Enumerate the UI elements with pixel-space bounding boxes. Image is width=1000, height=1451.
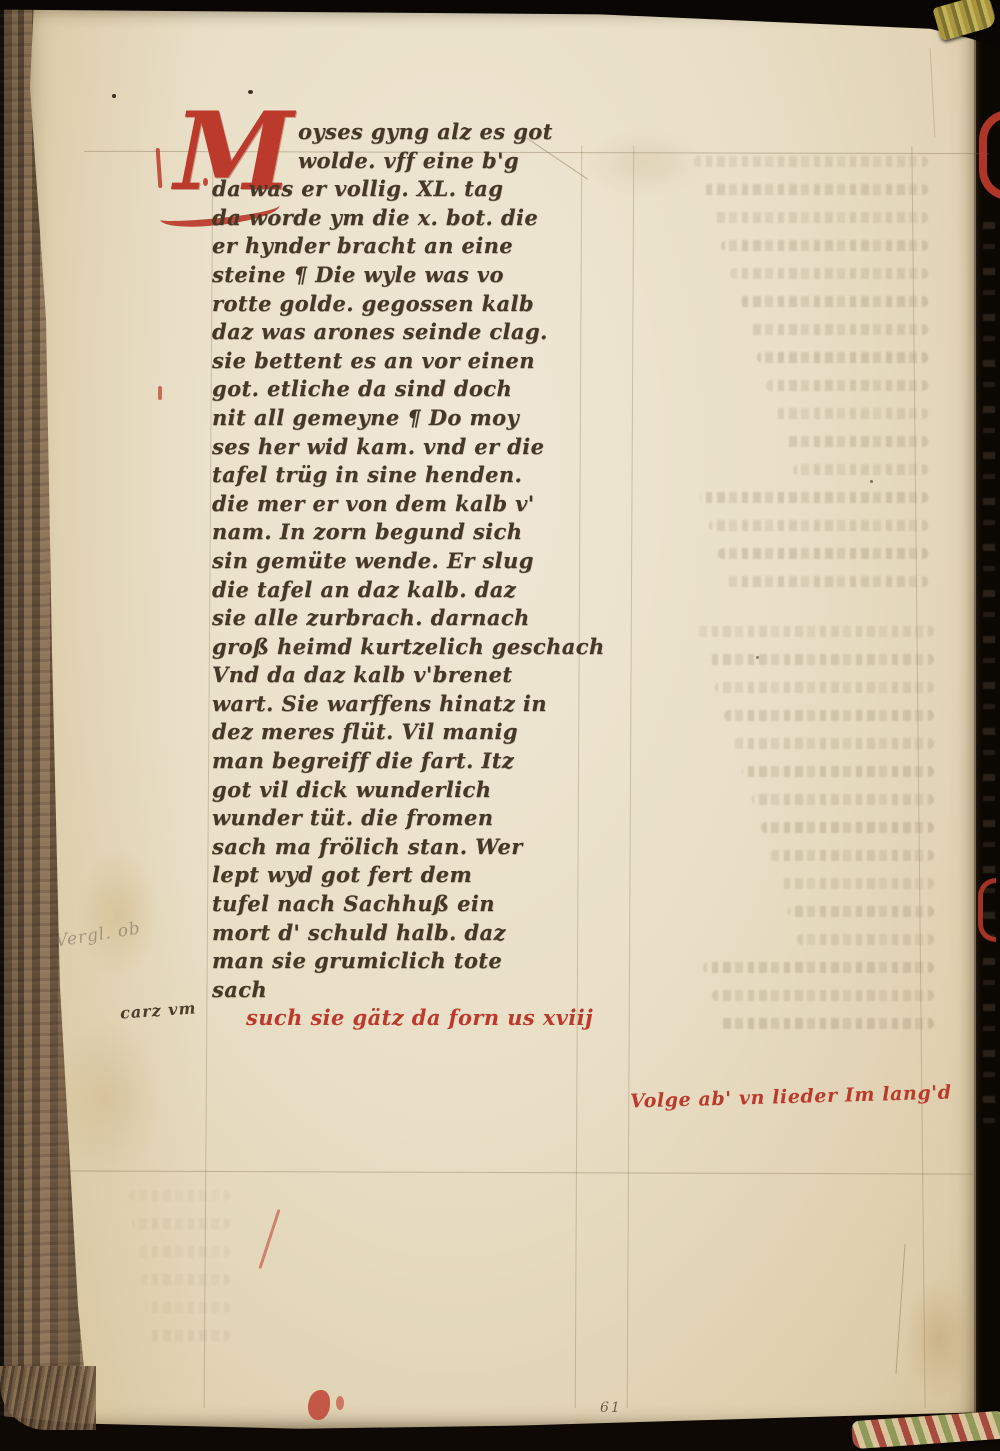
- manuscript-line: nam. In zorn begund sich: [212, 518, 592, 547]
- next-page-red-fragment: [978, 878, 996, 942]
- manuscript-line: tufel nach Sachhuß ein: [212, 890, 592, 919]
- show-through-line: [715, 682, 934, 693]
- show-through-line: [718, 548, 928, 559]
- show-through-line: [788, 906, 934, 917]
- manuscript-line: wunder tüt. die fromen: [212, 804, 592, 833]
- show-through-line: [700, 492, 928, 503]
- manuscript-line: die mer er von dem kalb v': [212, 490, 592, 519]
- manuscript-line: man begreiff die fart. Itz: [212, 747, 592, 776]
- show-through-line: [136, 1246, 230, 1257]
- show-through-line: [739, 296, 928, 307]
- manuscript-line: sin gemüte wende. Er slug: [212, 547, 592, 576]
- manuscript-line: mort d' schuld halb. daz: [212, 919, 592, 948]
- manuscript-line: groß heimd kurtzelich geschach: [212, 633, 592, 662]
- show-through-line: [766, 380, 928, 391]
- show-through-line: [694, 156, 928, 167]
- manuscript-line: got. etliche da sind doch: [212, 375, 592, 404]
- manuscript-line: man sie grumiclich tote: [212, 947, 592, 976]
- show-through-line: [793, 464, 928, 475]
- show-through-line: [129, 1190, 230, 1201]
- manuscript-page: M oyses gyng alz es gotwolde. vff eine b…: [24, 8, 976, 1436]
- show-through-line: [721, 240, 928, 251]
- show-through-line: [779, 878, 934, 889]
- show-through-block-faint: [100, 1190, 230, 1358]
- show-through-line: [730, 268, 928, 279]
- parchment-crease: [930, 48, 936, 138]
- show-through-line: [761, 822, 934, 833]
- show-through-line: [748, 324, 928, 335]
- manuscript-line: wart. Sie warffens hinatz in: [212, 690, 592, 719]
- manuscript-line: tafel trüg in sine henden.: [212, 461, 592, 490]
- red-ink-mark: [158, 386, 162, 400]
- show-through-line: [712, 212, 928, 223]
- manuscript-line: ses her wid kam. vnd er die: [212, 433, 592, 462]
- show-through-line: [752, 794, 934, 805]
- manuscript-line: sie alle zurbrach. darnach: [212, 604, 592, 633]
- next-page-edge: [974, 26, 1000, 1434]
- show-through-line: [709, 520, 928, 531]
- next-page-text-fragment: [983, 222, 995, 1132]
- show-through-line: [733, 738, 934, 749]
- next-page-red-initial-fragment: [979, 110, 1000, 200]
- manuscript-line: da worde ym die x. bot. die: [212, 204, 592, 233]
- show-through-line: [797, 934, 934, 945]
- pencil-folio-mark: 61: [600, 1400, 622, 1416]
- manuscript-line: sach: [212, 976, 592, 1005]
- manuscript-line: er hynder bracht an eine: [212, 232, 592, 261]
- rubric-catchword: Volge ab' vn lieder Im lang'd: [630, 1082, 952, 1113]
- manuscript-line: da was er vollig. XL. tag: [212, 175, 592, 204]
- show-through-line: [721, 1018, 934, 1029]
- show-through-line: [697, 626, 934, 637]
- show-through-line: [144, 1302, 230, 1313]
- manuscript-line: Vnd da daz kalb v'brenet: [212, 661, 592, 690]
- manuscript-line: sie bettent es an vor einen: [212, 347, 592, 376]
- manuscript-line: sach ma frölich stan. Wer: [212, 833, 592, 862]
- show-through-line: [140, 1274, 230, 1285]
- rubric-note: such sie gätz da forn us xviij: [246, 1004, 592, 1033]
- manuscript-line: wolde. vff eine b'g: [212, 147, 592, 176]
- ink-speck: [112, 94, 116, 98]
- show-through-line: [724, 710, 934, 721]
- manuscript-line: rotte golde. gegossen kalb: [212, 290, 592, 319]
- manuscript-line: dez meres flüt. Vil manig: [212, 718, 592, 747]
- manuscript-photo: M oyses gyng alz es gotwolde. vff eine b…: [0, 0, 1000, 1451]
- manuscript-line: lept wyd got fert dem: [212, 861, 592, 890]
- show-through-line: [775, 408, 928, 419]
- parchment-crease: [895, 1244, 905, 1374]
- show-through-line: [784, 436, 928, 447]
- show-through-line: [703, 184, 928, 195]
- show-through-line: [742, 766, 934, 777]
- show-through-line: [712, 990, 934, 1001]
- text-column: M oyses gyng alz es gotwolde. vff eine b…: [212, 118, 592, 1033]
- show-through-line: [706, 654, 934, 665]
- show-through-line: [703, 962, 934, 973]
- show-through-line: [757, 352, 928, 363]
- show-through-block-lower: [630, 626, 934, 1046]
- show-through-block-upper: [628, 156, 928, 604]
- manuscript-line: nit all gemeyne ¶ Do moy: [212, 404, 592, 433]
- show-through-line: [148, 1330, 230, 1341]
- red-ink-stain: [336, 1396, 344, 1410]
- manuscript-text: oyses gyng alz es gotwolde. vff eine b'g…: [212, 118, 592, 1004]
- show-through-line: [727, 576, 928, 587]
- show-through-line: [133, 1218, 231, 1229]
- red-ink-scratch: [258, 1209, 280, 1269]
- stain: [904, 1278, 974, 1398]
- manuscript-line: got vil dick wunderlich: [212, 776, 592, 805]
- show-through-line: [770, 850, 934, 861]
- manuscript-line: daz was arones seinde clag.: [212, 318, 592, 347]
- red-ink-stain: [308, 1390, 330, 1420]
- manuscript-line: die tafel an daz kalb. daz: [212, 576, 592, 605]
- manuscript-line: steine ¶ Die wyle was vo: [212, 261, 592, 290]
- manuscript-line: oyses gyng alz es got: [212, 118, 592, 147]
